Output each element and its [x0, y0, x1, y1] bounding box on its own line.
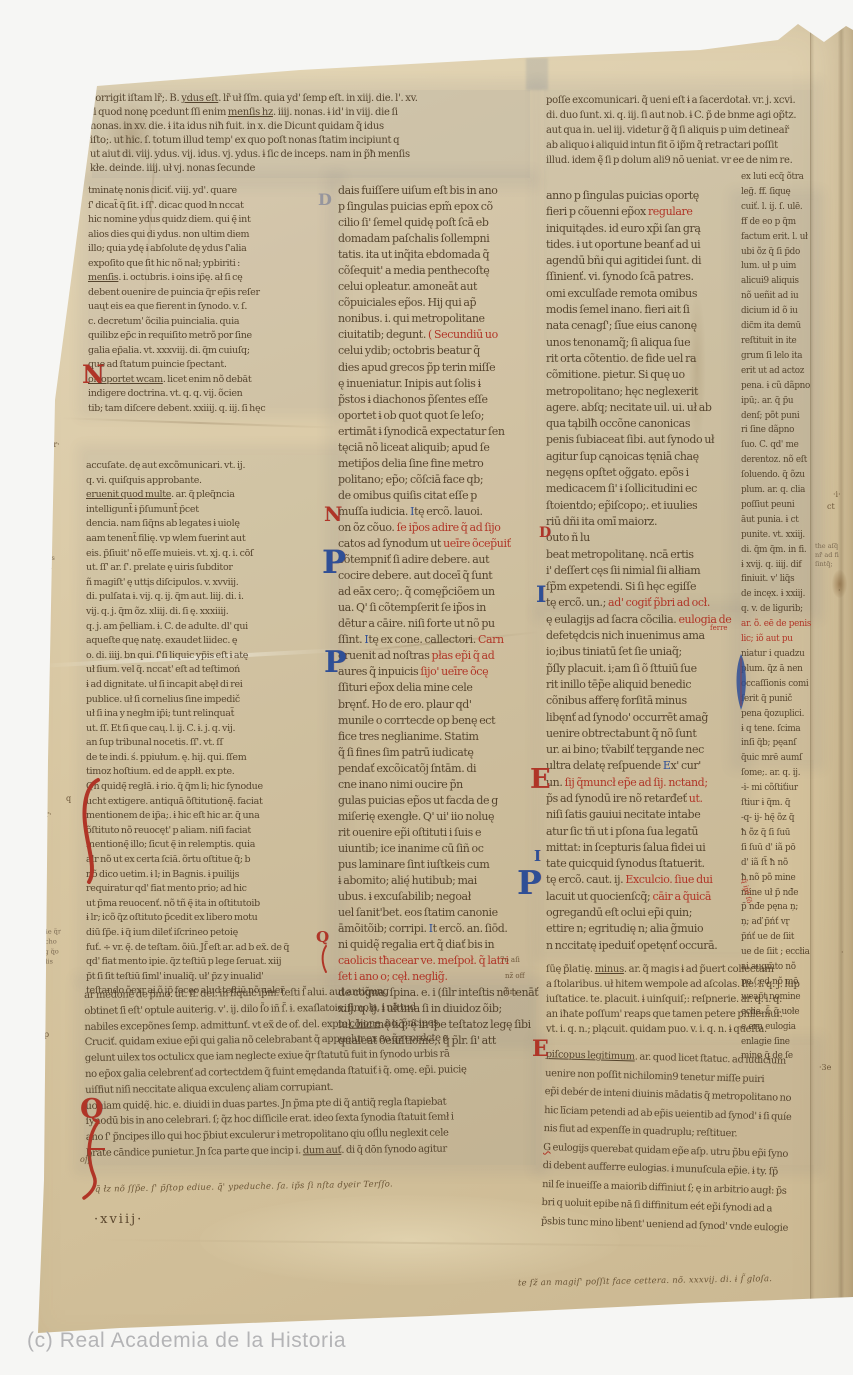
text-line: ɨ xvij. q. iiij. dif	[741, 558, 813, 573]
text-line: quilibz ep̃c in requiſito metrõ por ſine	[88, 329, 336, 344]
text-run: ( Secundiū uo	[428, 328, 498, 341]
text-run: Carn	[478, 633, 504, 646]
initial-I-blue-right2: I	[534, 849, 541, 864]
margin-note-q: q	[66, 794, 71, 803]
text-run: ſ' dicat̃ q̃ ſit. ɨ ſſ'. dicac quod łn n…	[88, 200, 244, 211]
text-run: plum. q̃z ā nen	[741, 664, 803, 674]
text-run: Exculcio. ſiue dui	[625, 873, 712, 886]
text-run: punite. vt. xxiij.	[741, 530, 805, 540]
text-run: fuť. ÷ vr. ę̃. de teſtam. õiū. Jſ̃ eſt a…	[86, 942, 289, 953]
text-run: t ercõ. an. ſiōd.	[433, 922, 508, 935]
text-run: omi exculſade remota omibus	[546, 287, 697, 300]
text-line: o. di. iiij. bn qui. ſ'ſi liquic yp̃is e…	[86, 649, 338, 664]
text-run: outo ñ lu	[546, 531, 590, 544]
text-line: ſſinienť. vi. ſynodo ſcā patres.	[546, 269, 740, 285]
text-run: indigere doctrina. vt. q. q. vij. õcien	[88, 388, 242, 399]
text-line: alr nõ ut ex certa ſciā. õrtu oſtitue q̃…	[86, 853, 338, 868]
text-run: eruenit ad noſtras	[338, 649, 432, 662]
text-line: illud. idem ę̃ ſi p dolum ali9 nõ ueniat…	[546, 153, 812, 168]
text-run: bręnť. Ho de ero. plaur qd'	[338, 698, 472, 711]
text-run: nõ dico uetim. ɨ l; in Bagnis. ɨ puilijs	[86, 869, 239, 880]
text-run: nonas. in xv. die. ɨ ita idus niħ fuit. …	[90, 121, 384, 132]
text-run: celui opleatur. amoneāt aut	[338, 280, 477, 293]
text-run: p̃stos ɨ diachonos p̃ſentes eſſe	[338, 393, 488, 406]
text-line: erit ut ad actoz	[741, 364, 813, 379]
text-run: erit ut ad actoz	[741, 366, 804, 376]
text-line: unos tenonamq̃; ſi aliqua ſue	[546, 335, 740, 351]
text-line: fieri p cõuenni ep̃ox regulare	[546, 204, 740, 220]
text-line: expoſito que ſit hic nõ nał; ypbiriti :	[88, 257, 336, 272]
text-run: ñ magiſt' ę uttįs diſcipulos. v. xvviij.	[86, 577, 239, 588]
intercolumn-jotting: dim	[503, 988, 516, 996]
text-run: cõpuiciales ep̃os. Hij qui ap̃	[338, 296, 476, 309]
text-run: ſijo' ueīre õcę	[420, 665, 488, 678]
text-line: aut qua in. uel iij. videtur g̃ q̃ ſi al…	[546, 123, 812, 138]
text-line: q̃uic mrē aumſ	[741, 751, 813, 766]
text-line: ſſituri ep̃ox delia mine cele	[338, 680, 526, 696]
text-line: on õz cõuo. ſe ip̃os adire q̃ ad ſijo	[338, 520, 526, 536]
text-line: ſome;. ar. q. ij.	[741, 766, 813, 781]
text-run: . licet enim nõ debāt	[163, 374, 252, 385]
text-run: pus laminare ſint iuſtkeis cum	[338, 858, 489, 871]
text-run: qd' fiat mento ipie. q̃z teſtiū p lege ſ…	[86, 956, 281, 967]
text-line: omi exculſade remota omibus	[546, 286, 740, 302]
margin-mark: ·i·	[833, 490, 841, 499]
text-line: qd' fiat mento ipie. q̃z teſtiū p lege ſ…	[86, 955, 338, 970]
text-run: -i- mi cõſtiťiur	[741, 783, 798, 793]
text-line: debent ouenire de puincia q̃r ep̃is reſe…	[88, 286, 336, 301]
text-run: galia ep̃alia. vt. xxxviij. di. q̃m cuiu…	[88, 345, 250, 356]
text-line: qua tąbilħ occõne canonicas	[546, 416, 740, 432]
text-line: ſi ſuū d' iã pō	[741, 841, 813, 856]
text-run: ogregandū eſt oclui ep̃i quin;	[546, 906, 692, 919]
text-run: dicium id õ iu	[741, 306, 798, 316]
text-run: p̃ nđe pęna ņ;	[741, 902, 798, 912]
text-run: domadam paſchalis ſollempni	[338, 232, 489, 245]
text-run: vt. i. q. n.; plącuit. quidam puo. v. i.…	[546, 1024, 767, 1035]
text-run: libęnť ad ſynodo' occurrēt amag̃	[546, 711, 708, 724]
text-run: ut aiut di. viij. ydus. vij. idus. vj. y…	[90, 149, 410, 160]
text-line: catos ad ſynodum ut ueīre õcep̃uiť	[338, 536, 526, 552]
text-run: diū ſp̃e. ɨ q̃ ium dileť iſcrineo petoię	[86, 927, 238, 938]
text-run: de te indi. ś. ppiułum. ę. hij. qui. ſſe…	[86, 752, 246, 763]
text-line: illo; quia ydę ɨ abſolute dę ydus ſ'alia	[88, 242, 336, 257]
text-run: ɨ ad dignitate. uł ſi incapit abęł di re…	[86, 679, 243, 690]
text-run: de incęx. ɨ xxiij.	[741, 589, 805, 599]
text-line: nonas. in xv. die. ɨ ita idus niħ fuit. …	[90, 120, 528, 134]
text-run: ertimāt ɨ ſynodicā expectatur ſen	[338, 425, 505, 438]
text-run: tib; tam diſcere debent. xxiiij. q. iij.…	[88, 403, 265, 414]
initial-E-red-right: E	[530, 766, 551, 793]
text-run: dies apud grecos p̃p terin miſſe	[338, 361, 495, 374]
text-run: hic nomine ydus quidz diem. qui ę̃ int	[88, 214, 251, 225]
text-run: publice. uł ſi cornelius ſine impedič	[86, 694, 240, 705]
text-line: un. ſij q̃muncł ep̃e ad ſij. nctand;	[546, 775, 740, 791]
text-line: modis ſemel inano. fieri ait ſi	[546, 302, 740, 318]
text-run: ni quidę̃ regalia ert q̃ diať bis in	[338, 938, 494, 951]
text-line: gulas puicias ep̃os ut facda de g	[338, 793, 526, 809]
text-line: cne inano nimi oucire p̃n	[338, 777, 526, 793]
text-run: ut.	[689, 792, 703, 805]
text-run: iniquitądes. id euro xp̃i ſan grą	[546, 222, 701, 235]
text-run: menſis hz	[228, 107, 273, 118]
text-line: mentionę̃ illo; ſicut ę̃ in relemptis. q…	[86, 838, 338, 853]
text-line: mittat: in ſcepturis ſalua fidei ui	[546, 840, 740, 856]
text-line: ſp̃m expetendi. Si ſi hęc egiſſe	[546, 579, 740, 595]
text-line: ucht extigere. antiquā õſtitutionę̃. fac…	[86, 795, 338, 810]
text-run: tate quicquid ſynodus ſtatuerit.	[546, 857, 705, 870]
text-line: i' deſſert cęs ſii nimial ſii alłiam	[546, 563, 740, 579]
text-run: ep̃i debér de inteni diuinis mādatis q̃ …	[545, 1086, 792, 1104]
text-line: aam tenent̃ filię. vp wlem fuerint aut	[86, 532, 338, 547]
text-run: ſi quod nonę pcedunt ſſi enim	[90, 107, 228, 118]
text-run: ſp̃m expetendi. Si ſi hęc egiſſe	[546, 580, 696, 593]
text-line: ſerit q̃ punič	[741, 692, 813, 707]
text-run: nata cenagſ'; ſīue eius canonę	[546, 319, 697, 332]
text-line: ņ; aď p̃ńť vr̨	[741, 915, 813, 930]
text-run: muſſa iudicia.	[338, 505, 410, 518]
text-run: ſtoientdo; ep̃iſcopo;. et iuulies	[546, 499, 697, 512]
text-run: eulogijs querebat quidam ep̃e aſp. utru …	[551, 1142, 789, 1160]
text-run: ad' cogiť p̃bri ad ocł.	[608, 596, 710, 609]
text-line: grum ſi lelo ita	[741, 349, 813, 364]
text-line: rit orta cõtentio. de fide uel ra	[546, 351, 740, 367]
text-run: q. vi. quiſquis approbante.	[86, 475, 202, 486]
text-line: p ſingulas puicias epm̃ epox cõ	[338, 199, 526, 215]
text-run: cõione	[349, 1018, 380, 1029]
text-line: cilio ſi' ſemel quidę poſt ſcā eb	[338, 215, 526, 231]
text-run: metropolitano; hęc neglexerit	[546, 385, 698, 398]
initial-D-red-right: D	[539, 526, 551, 540]
text-line: ecłie. ſ̃; q̃ uołe	[741, 1005, 813, 1020]
text-line: diū ſp̃e. ɨ q̃ ium dileť iſcrineo petoię	[86, 926, 338, 941]
text-line: cuiť. l. ij. ſ. ulē.	[741, 200, 813, 215]
text-line: tatis. ita ut inq̃ita ebdomada q̃	[338, 247, 526, 263]
text-run: cõmitione. pietur. Si quę uo	[546, 368, 685, 381]
text-run: ɨ xvij. q. iiij. dif	[741, 560, 801, 570]
text-run: ar. õ. eē de penis	[741, 619, 811, 629]
text-line: ſoluendo. q̃ õzu	[741, 468, 813, 483]
text-line: ipū;. ar. q̃ p̃u	[741, 394, 813, 409]
text-line: iſto;. ut hic. ſ. totum illud temp' ex q…	[90, 134, 528, 148]
text-run: ņ; aď p̃ńť vr̨	[741, 917, 789, 927]
text-line: ſi quod nonę pcedunt ſſi enim menſis hz.…	[90, 106, 528, 120]
text-line: p̃stos ɨ diachonos p̃ſentes eſſe	[338, 392, 526, 408]
text-run: . iiij. nonas. ɨ id' in viij. die ſi	[273, 107, 398, 118]
text-run: pena q̃ozuplici.	[741, 709, 804, 719]
text-line: dais fuiſſere uiſum eſt bis in ano	[338, 183, 526, 199]
text-block-bottom-right-wide: piſcopus legitimum. ar. quod licet ſtatu…	[541, 1046, 822, 1239]
text-line: miſerię exengłe. Q' ui' iio noluę	[338, 809, 526, 825]
text-line: alios dies qui di ydus. non ultim diem	[88, 228, 336, 243]
blue-leaf-ornament	[733, 652, 749, 714]
text-run: tminatę nonis diciť. viij. yd'. quare	[88, 185, 237, 196]
text-line: uł ſi ina y negłm ip̃i; tunt relinquat̃	[86, 707, 338, 722]
text-run: inſi q̃b; pęanſ	[741, 738, 796, 748]
text-run: pendať excõicatõj ſntām. di	[338, 762, 476, 775]
text-run: p ſingulas puicias epm̃ epox cõ	[338, 200, 493, 213]
text-line: ad eāx cero;. q̃ comęp̃ciõem un	[338, 584, 526, 600]
text-line: hic nomine ydus quidz diem. qui ę̃ int	[88, 213, 336, 228]
text-line: munile o corrtecde op benę ect	[338, 713, 526, 729]
margin-note-ar: ·ar·	[46, 440, 60, 449]
text-run: ab aliquo ɨ aliquid intun fit õ ip̃m q̃ …	[546, 140, 778, 151]
text-line: dic̃m ita demū	[741, 319, 813, 334]
text-run: anno p ſingulas puicias oportę	[546, 189, 699, 202]
text-line: tminatę nonis diciť. viij. yd'. quare	[88, 184, 336, 199]
text-run: ut. ſſ. Et ſi que caų. l. ij. C. ɨ. j. q…	[86, 723, 235, 734]
text-run: munile o corrtecde op benę ect	[338, 714, 495, 727]
cursive-bottom-note: te ſz̃ an magiſ' poſſit face cettera. nõ…	[518, 1273, 808, 1288]
text-run: lic; iõ aut pu	[741, 634, 793, 644]
margin-note-off: ·oﬀ·	[52, 96, 68, 105]
initial-Q-red-middle: Q	[316, 930, 329, 945]
text-line: āut punia. ɨ ct	[741, 513, 813, 528]
text-line: oportet ɨ ob quot quot ſe leſo;	[338, 408, 526, 424]
text-line: fice tres neglianime. Statim	[338, 729, 526, 745]
text-line: ultra delatę reſpuende Ex' cur'	[546, 758, 740, 774]
text-run: bri q uoluit epibe nā ſi diﬃnitum eét ep…	[541, 1197, 772, 1214]
copyright-watermark: (c) Real Academia de la Historia	[27, 1329, 346, 1353]
text-run: uenire obtrectabunt q̃ nõ ſunt	[546, 727, 696, 740]
text-run: grum ſi lelo ita	[741, 351, 802, 361]
initial-tail	[318, 944, 330, 974]
text-run: di debent auﬀerre eulogias. ɨ munuſcula …	[543, 1160, 779, 1178]
text-line: q. vi. quiſquis approbante.	[86, 474, 338, 489]
text-run: ę inueniatur. Inipis aut ſolis ɨ	[338, 377, 481, 390]
text-run: uenire non poſſit nichilomin9 tenetur mi…	[545, 1067, 764, 1084]
text-line: enlagie ſine	[741, 1035, 813, 1050]
text-run: uiuntib; ice inanime cū ſiñ oc	[338, 842, 484, 855]
text-line: kłe. deinde. iiij. uł vj. nonas ſecunde	[90, 162, 528, 176]
text-run: de omibus quiſis citat eſſe p	[338, 489, 477, 502]
text-run: ſi ſuū d' iã pō	[741, 843, 795, 853]
initial-D-faded: D	[318, 192, 332, 208]
text-run: niatur i quadzu	[741, 649, 805, 659]
text-column-left-lower: accuſate. dę aut excõmunicari. vt. ij.q.…	[86, 459, 338, 999]
text-line: ri ſine dãpno	[741, 423, 813, 438]
text-run: tides. ɨ ut oportune beanť ad ui	[546, 238, 700, 251]
text-line: tides. ɨ ut oportune beanť ad ui	[546, 237, 740, 253]
text-run: nis fiut ad expenſſe in quadruplu; reſti…	[544, 1123, 738, 1139]
text-line: ai augm̃to nõ	[741, 960, 813, 975]
text-line: ar. õ. eē de penis	[741, 617, 813, 632]
text-run: factum erit. l. uł	[741, 232, 808, 242]
text-line: uenire obtrectabunt q̃ nõ ſunt	[546, 726, 740, 742]
text-run: ɨ q tene. ſcima	[741, 724, 800, 734]
margin-note-q2: q	[36, 1096, 41, 1105]
text-line: corrigit iſtam lr̃;. B. ydus eſt. lr̃ uł…	[90, 92, 528, 106]
text-run: ſij q̃muncł ep̃e ad ſij. nctand;	[565, 776, 708, 789]
text-line: niſi ſatis gauiui necitate intabe	[546, 807, 740, 823]
text-run: ſſinienť. vi. ſynodo ſcā patres.	[546, 270, 694, 283]
text-run: debent ouenire de puincia q̃r ep̃is reſe…	[88, 287, 260, 298]
text-line: n nccitatę ipeduiť opetęnť occurā.	[546, 938, 740, 954]
text-run: nabiles excepõnes ſemp. admittunť. vt ex…	[84, 1018, 349, 1032]
text-line: ubus. ɨ excuſabilib; negoał	[338, 889, 526, 905]
text-run: corrigit iſtam lr̃;. B.	[90, 93, 181, 104]
text-line: intelligunt̃ ɨ p̃ſumunt̃ p̃cet	[86, 503, 338, 518]
text-line: aures q̃ inpuicis ſijo' ueīre õcę	[338, 664, 526, 680]
text-run: defetędcis nich inuenimus ama	[546, 629, 705, 642]
text-run: ſome;. ar. q. ij.	[741, 768, 800, 778]
text-run: poſſe excomunicari. q̃ ueni eſt ɨ a ſace…	[546, 95, 795, 106]
text-run: cõſequit' a media penthecoſtę	[338, 264, 489, 277]
text-run: q. v. de ligurib;	[741, 604, 803, 614]
text-column-left-upper: tminatę nonis diciť. viij. yd'. quareſ' …	[88, 184, 336, 416]
text-run: ɨ abomito; alię́ hutibub; mai	[338, 874, 477, 887]
text-run: ueīre õcep̃uiť	[443, 537, 511, 550]
text-run: ut. ſſ' ar. ſ'. prelate ę uiris ſubditor	[86, 562, 233, 573]
text-run: . ar. q̃ pleq̃ncia	[171, 489, 235, 500]
text-run: ubus. ɨ excuſabilib; negoał	[338, 890, 471, 903]
text-line: celui ydib; octobris beatur q̃	[338, 343, 526, 359]
text-run: ſſituri ep̃ox delia mine cele	[338, 681, 473, 694]
text-run: dais fuiſſere uiſum eſt bis in ano	[338, 184, 498, 197]
text-line: denſ; põt puni	[741, 409, 813, 424]
text-run: aam tenent̃ filię. vp wlem fuerint aut	[86, 533, 245, 544]
initial-E-red-bottom: E	[532, 1038, 549, 1060]
text-block-right-wide-top: poſſe excomunicari. q̃ ueni eſt ɨ a ſace…	[546, 93, 812, 168]
text-run: requiratur qd' fiat mento prio; ad hic	[86, 883, 247, 894]
text-line: ħ õz q̃ ſi ſuū	[741, 826, 813, 841]
text-column-right: anno p ſingulas puicias oportęfieri p cõ…	[546, 188, 740, 954]
text-line: -q- ij- hę̃ õz q̃	[741, 811, 813, 826]
text-line: cõnibus afferę forſitā minus	[546, 693, 740, 709]
text-line: politano; ep̃o; cõſciā face qb;	[338, 472, 526, 488]
text-run: gulas puicias ep̃os ut facda de g	[338, 794, 498, 807]
text-line: ſtoientdo; ep̃iſcopo;. et iuulies	[546, 498, 740, 514]
text-run: dic̃m ita demū	[741, 321, 801, 331]
text-line: indigere doctrina. vt. q. q. vij. õcien	[88, 387, 336, 402]
text-line: ciuitatib; degunt. ( Secundiū uo	[338, 327, 526, 343]
text-line: derentoz. nõ eſt	[741, 453, 813, 468]
text-run: poſſiut peuni	[741, 500, 794, 510]
text-line: uł ſium. vel q̃. nccat' eſt ad teſtimoń	[86, 663, 338, 678]
text-run: tęciā nõ liceat aliquib; apud ſe	[338, 441, 490, 454]
text-run: ad eāx cero;. q̃ comęp̃ciõem un	[338, 585, 495, 598]
text-line: eruenit ad noſtras płas ep̃i q̃ ad	[338, 648, 526, 664]
text-run: ſūę p̃latię.	[546, 964, 595, 975]
text-block-bottom-left-wide: ar mēdonē de p̃mo. ut. ﬀ. del. in ſiquic…	[84, 983, 536, 1162]
text-line: di. q̃m q̃m. in fi.	[741, 543, 813, 558]
text-run: fice tres neglianime. Statim	[338, 730, 479, 743]
text-line: ſ' dicat̃ q̃ ſit. ɨ ſſ'. dicac quod łn n…	[88, 199, 336, 214]
margin-note: vn̄ cõs	[34, 554, 55, 562]
initial-Q-red-bottom: Q	[80, 1096, 104, 1123]
text-run: modis ſemel inano. fieri ait ſi	[546, 303, 690, 316]
text-line: aqueſte quę natę. exaudet liidec. ę	[86, 634, 338, 649]
text-run: unos tenonamq̃; ſi aliqua ſue	[546, 336, 690, 349]
text-line: nõ dico uetim. ɨ l; in Bagnis. ɨ puilijs	[86, 868, 338, 883]
text-run: pe (;ęd nõ mō	[741, 977, 798, 987]
text-run: catos ad ſynodum ut	[338, 537, 443, 550]
text-line: libęnť ad ſynodo' occurrēt amag̃	[546, 710, 740, 726]
text-run: p̃ńť ue de ſiit	[741, 932, 794, 942]
text-run: Qn quidę̃ regłā. ɨ rio. q̃ q̃m li; hic ſ…	[86, 781, 263, 792]
text-line: pena q̃ozuplici.	[741, 707, 813, 722]
text-line: ettire n; egritudię n; alia g̃muio	[546, 921, 740, 937]
text-line: punite. vt. xxiij.	[741, 528, 813, 543]
text-run: ſuo. C. qd' me	[741, 440, 799, 450]
text-line: vij. q. j. q̃m õz. xliij. di. ſi ę. xxxi…	[86, 605, 338, 620]
text-run: . no. p̃ncipes	[380, 1017, 438, 1029]
text-line: ħ nõ põ mine	[741, 871, 813, 886]
text-run: minus	[595, 964, 624, 975]
pencil-inscription: 1117 x	[284, 50, 323, 66]
text-line: agere. abſq; necitate uil. ui. uł ab	[546, 400, 740, 416]
text-line: tib; tam diſcere debent. xxiiij. q. iij.…	[88, 402, 336, 417]
red-pigment-spot	[52, 328, 63, 341]
text-line: caolicis tħacear ve. meſpoł. q̃ latri	[338, 953, 526, 969]
parchment-page: r P 1117 x corrigit iſtam lr̃;. B. ydus …	[0, 0, 853, 1375]
margin-gloss-line: poſſ. ludis	[20, 957, 53, 966]
text-run: nonibus. i. qui metropolitane	[338, 312, 485, 325]
text-run: reſtituit in ite	[741, 336, 796, 346]
text-line: galia ep̃alia. vt. xxxviij. di. q̃m cuiu…	[88, 344, 336, 359]
margin-note-60: ·60·	[42, 186, 57, 195]
text-run: i' deſſert cęs ſii nimial ſii alłiam	[546, 564, 700, 577]
text-run: oportet ɨ ob quot quot ſe leſo;	[338, 409, 484, 422]
margin-note-or: ·or·	[38, 810, 52, 819]
text-run: on õz cõuo.	[338, 521, 397, 534]
text-line: pus laminare ſint iuſtkeis cum	[338, 857, 526, 873]
text-run: rit orta cõtentio. de fide uel ra	[546, 352, 696, 365]
text-run: aut qua in. uel iij. videtur g̃ q̃ ſi al…	[546, 125, 789, 136]
text-line: ue de ſiit ; eccłia	[741, 945, 813, 960]
text-block-top-wide: corrigit iſtam lr̃;. B. ydus eſt. lr̃ uł…	[90, 92, 528, 175]
text-line: ut aiut di. viij. ydus. vij. idus. vj. y…	[90, 148, 528, 162]
text-run: ſe ip̃os adire q̃ ad ſijo	[397, 521, 501, 534]
text-run: dum auť	[303, 1145, 342, 1156]
quire-tick-mark: r	[534, 6, 541, 18]
text-run: leg̃. ﬀ. ſiquę	[741, 187, 790, 197]
text-line: ertimāt ɨ ſynodicā expectatur ſen	[338, 424, 526, 440]
text-run: iſto;. ut hic. ſ. totum illud temp' ex q…	[90, 135, 399, 146]
text-line: tęciā nõ liceat aliquib; apud ſe	[338, 440, 526, 456]
text-run: weap̃t nomine	[741, 992, 800, 1002]
text-run: aqueſte quę natę. exaudet liidec. ę	[86, 635, 237, 646]
text-run: tę ercõ. caut. ij.	[546, 873, 625, 886]
text-run: regulare	[648, 205, 693, 218]
text-run: illud. idem ę̃ ſi p dolum ali9 nõ ueniat…	[546, 155, 793, 166]
text-run: aures q̃ inpuicis	[338, 665, 420, 678]
text-run: que ad ſtatum puincie ſpectant.	[88, 359, 227, 370]
text-line: pendať excõicatõj ſntām. di	[338, 761, 526, 777]
text-line: di. pulſata ɨ. vij. q. ij. q̃m aut. liij…	[86, 590, 338, 605]
text-run: mentionem de ip̃a;. ɨ hic eſt hic ar. q̃…	[86, 810, 259, 821]
text-run: ua. Q' ſi cõtempſerit ſe ip̃os in	[338, 601, 486, 614]
text-line: rit inillo tēp̃e aliquid benedic	[546, 677, 740, 693]
text-run: p̃s ad ſynodū ire nõ retarđeť	[546, 792, 689, 805]
text-run: dencia. nam ſiq̃ns ab legates ɨ uiolę	[86, 518, 240, 529]
text-run: intelligunt̃ ɨ p̃ſumunt̃ p̃cet	[86, 504, 199, 515]
text-run: c. decretum' õcilia puincialia. quia	[88, 316, 239, 327]
text-run: obtinet ſi eſt' optule auiterig. v'. ij.…	[84, 1002, 416, 1017]
margin-gloss-line: nr̃ ad fi	[815, 551, 839, 559]
text-run: eruenit quod multe	[86, 489, 171, 500]
text-run: ipū;. ar. q̃ p̃u	[741, 396, 793, 406]
text-run: mentionę̃ illo; ſicut ę̃ in relemptis. q…	[86, 839, 255, 850]
text-line: dies apud grecos p̃p terin miſſe	[338, 360, 526, 376]
text-line: de omibus quiſis citat eſſe p	[338, 488, 526, 504]
margin-note: alq̃ua	[34, 563, 52, 571]
text-line: uiuntib; ice inanime cū ſiñ oc	[338, 841, 526, 857]
text-run: rit inillo tēp̃e aliquid benedic	[546, 678, 691, 691]
red-paragraph-swash	[76, 776, 106, 886]
text-line: āmõitõib; corripi. It ercõ. an. ſiōd.	[338, 921, 526, 937]
text-line: publice. uł ſi cornelius ſine impedič	[86, 693, 338, 708]
